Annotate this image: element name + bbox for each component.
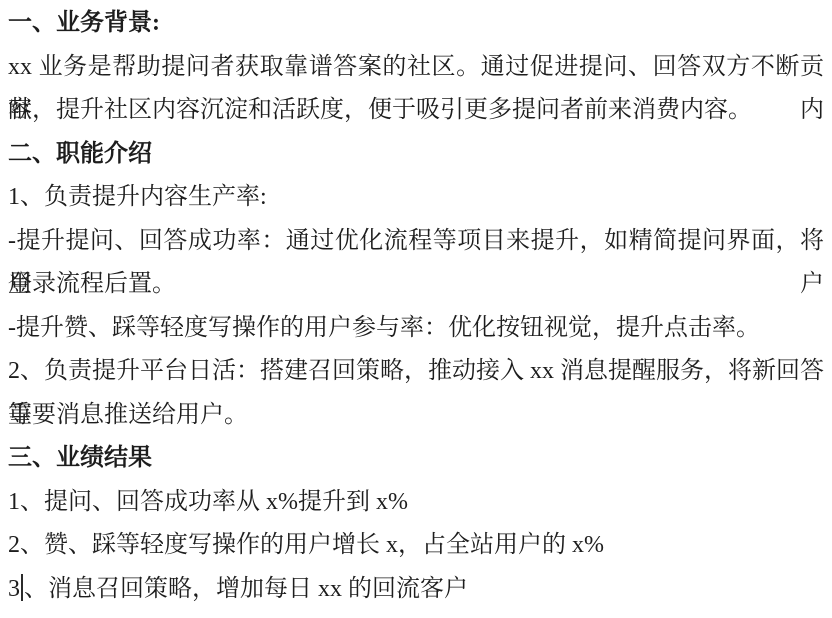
list-item-line[interactable]: 2、赞、踩等轻度写操作的用户增长 x，占全站用户的 x% <box>8 524 824 568</box>
document-page[interactable]: 一、业务背景: xx 业务是帮助提问者获取靠谱答案的社区。通过促进提问、回答双方… <box>0 0 832 618</box>
paragraph-line[interactable]: 容，提升社区内容沉淀和活跃度，便于吸引更多提问者前来消费内容。 <box>8 89 824 133</box>
list-item-line-with-caret[interactable]: 3、消息召回策略，增加每日 xx 的回流客户 <box>8 568 824 612</box>
text-after-caret: 、消息召回策略，增加每日 xx 的回流客户 <box>24 576 468 602</box>
list-item-line[interactable]: -提升赞、踩等轻度写操作的用户参与率：优化按钮视觉，提升点击率。 <box>8 307 824 351</box>
text-caret <box>21 574 23 601</box>
list-item-line[interactable]: 1、负责提升内容生产率: <box>8 176 824 220</box>
list-item-line[interactable]: -提升提问、回答成功率：通过优化流程等项目来提升，如精简提问界面，将用户 <box>8 220 824 264</box>
heading-role-introduction[interactable]: 二、职能介绍 <box>8 133 824 177</box>
paragraph-line[interactable]: xx 业务是帮助提问者获取靠谱答案的社区。通过促进提问、回答双方不断贡献内 <box>8 46 824 90</box>
list-item-line[interactable]: 1、提问、回答成功率从 x%提升到 x% <box>8 481 824 525</box>
heading-performance-results[interactable]: 三、业绩结果 <box>8 437 824 481</box>
list-item-line[interactable]: 2、负责提升平台日活：搭建召回策略，推动接入 xx 消息提醒服务，将新回答等 <box>8 350 824 394</box>
paragraph-line[interactable]: 重要消息推送给用户。 <box>8 394 824 438</box>
heading-business-background[interactable]: 一、业务背景: <box>8 2 824 46</box>
text-before-caret: 3 <box>8 576 20 602</box>
